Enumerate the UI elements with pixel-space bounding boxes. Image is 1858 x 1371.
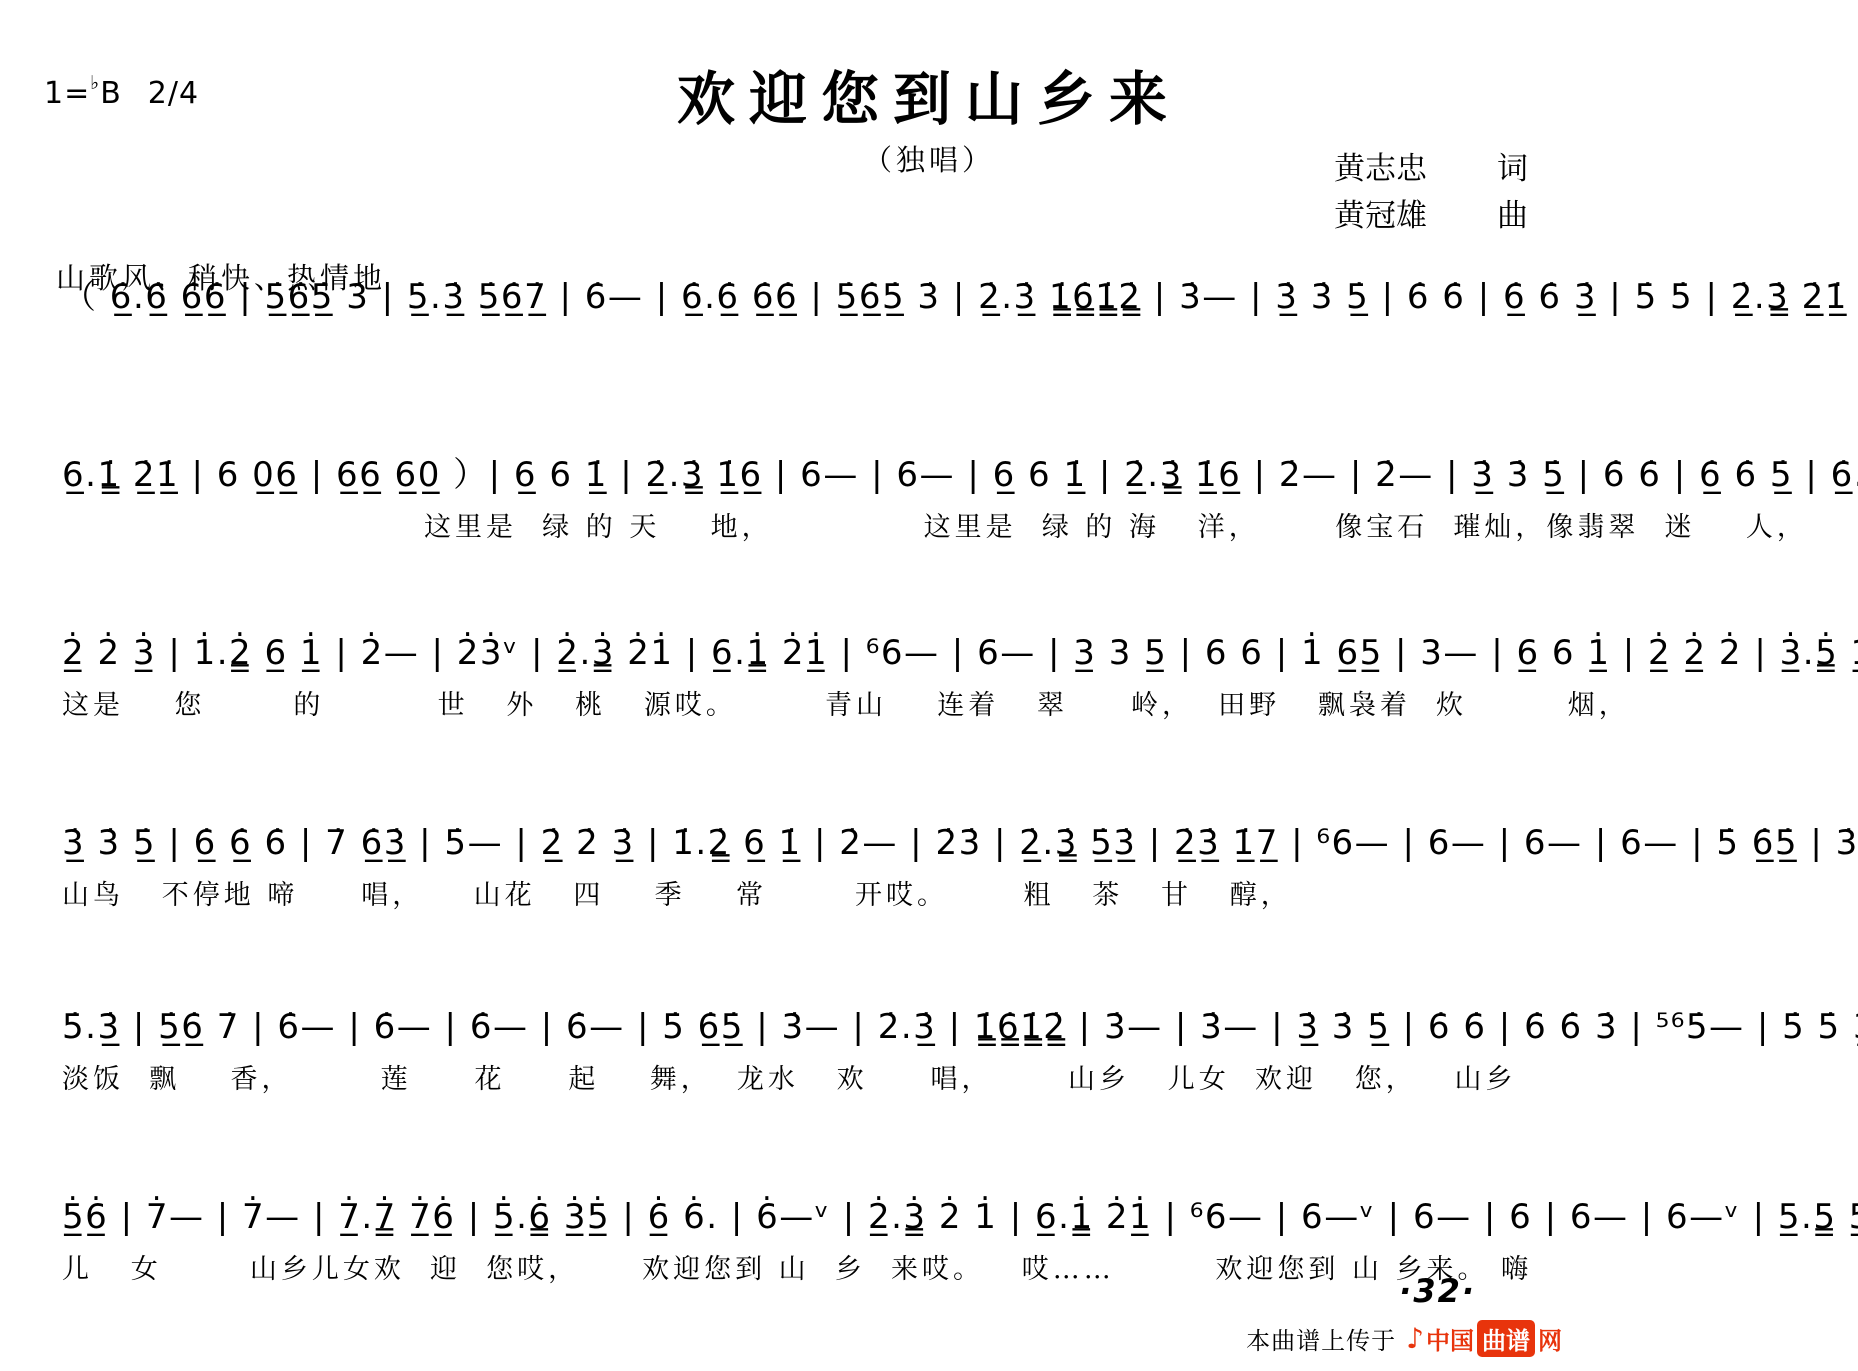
lyricist-name: 黄志忠 [1334,146,1427,193]
notation-line-6: 5̲̇6̲̇ | 7̇— | 7̇— | 7̲̇.7̳̇ 7̲̇6̲̇ | 5̲… [62,1190,1838,1244]
lyricist-role: 词 [1497,146,1528,193]
site-logo: ♪ 中国 曲谱 网 [1406,1320,1562,1357]
upload-credit: 本曲谱上传于 ♪ 中国 曲谱 网 [1246,1320,1562,1357]
music-system-5: 5̇.3̲̇ | 5̲̇6̲̇ 7̇ | 6̇— | 6̇— | 6̇— | 6… [62,1000,1838,1097]
notation-line-5: 5̇.3̲̇ | 5̲̇6̲̇ 7̇ | 6̇— | 6̇— | 6̇— | 6… [62,1000,1838,1054]
composer-credit: 黄冠雄 曲 [1334,193,1528,240]
lyrics-line-5: 淡饭 飘 香， 莲 花 起 舞， 龙水 欢 唱， 山乡 儿女 欢迎 您， 山乡 [62,1062,1838,1097]
composer-role: 曲 [1497,193,1528,240]
brand-text-suffix: 网 [1538,1321,1562,1356]
lyrics-line-2: 这里是 绿 的 天 地， 这里是 绿 的 海 洋， 像宝石 璀灿，像翡翠 迷 人… [62,510,1838,545]
sheet-music-page: 1=♭B2/4 欢迎您到山乡来 （独唱） 黄志忠 词 黄冠雄 曲 山歌风、稍快、… [0,0,1858,1371]
brand-text-cn: 中国 [1426,1321,1474,1356]
song-title: 欢迎您到山乡来 [0,52,1858,136]
music-note-icon: ♪ [1406,1322,1424,1355]
notation-line-4: 3̲̇ 3̇ 5̲̇ | 6̲̇ 6̲̇ 6̇ | 7̇ 6̲̇3̲̇ | 5̇… [62,816,1838,870]
music-system-1: （ 6̲̇.6̲̇ 6̲̇6̲̇ | 5̲̇6̲̇5̲̇ 3̇ | 5̲̇.3̲… [62,270,1838,324]
credits-block: 黄志忠 词 黄冠雄 曲 [1334,146,1528,239]
music-system-2: 6̲.1̳̇ 2̲̇1̲̇ | 6 0̲6̲ | 6̲6̲ 6̲0̲ ）| 6̲… [62,448,1838,545]
upload-text: 本曲谱上传于 [1246,1321,1396,1356]
music-system-3: 2̲̇ 2̇ 3̲̇ | 1̇.2̳̇ 6̲ 1̲̇ | 2̇— | 2̇3̇ᵛ… [62,626,1838,723]
lyricist-credit: 黄志忠 词 [1334,146,1528,193]
song-subtitle: （独唱） [0,138,1858,179]
lyrics-line-3: 这是 您 的 世 外 桃 源哎。 青山 连着 翠 岭， 田野 飘袅着 炊 烟， [62,688,1838,723]
brand-box-text: 曲谱 [1477,1320,1535,1357]
music-system-6: 5̲̇6̲̇ | 7̇— | 7̇— | 7̲̇.7̳̇ 7̲̇6̲̇ | 5̲… [62,1190,1838,1287]
composer-name: 黄冠雄 [1334,193,1427,240]
lyrics-line-4: 山鸟 不停地 啼 唱， 山花 四 季 常 开哎。 粗 茶 甘 醇， [62,878,1838,913]
page-number: ·32· [1399,1272,1476,1310]
lyrics-line-6: 儿 女 山乡儿女欢 迎 您哎， 欢迎您到 山 乡 来哎。 哎…… 欢迎您到 山 … [62,1252,1838,1287]
notation-line-3: 2̲̇ 2̇ 3̲̇ | 1̇.2̳̇ 6̲ 1̲̇ | 2̇— | 2̇3̇ᵛ… [62,626,1838,680]
notation-line-1: （ 6̲̇.6̲̇ 6̲̇6̲̇ | 5̲̇6̲̇5̲̇ 3̇ | 5̲̇.3̲… [62,270,1838,324]
music-system-4: 3̲̇ 3̇ 5̲̇ | 6̲̇ 6̲̇ 6̇ | 7̇ 6̲̇3̲̇ | 5̇… [62,816,1838,913]
notation-line-2: 6̲.1̳̇ 2̲̇1̲̇ | 6 0̲6̲ | 6̲6̲ 6̲0̲ ）| 6̲… [62,448,1838,502]
